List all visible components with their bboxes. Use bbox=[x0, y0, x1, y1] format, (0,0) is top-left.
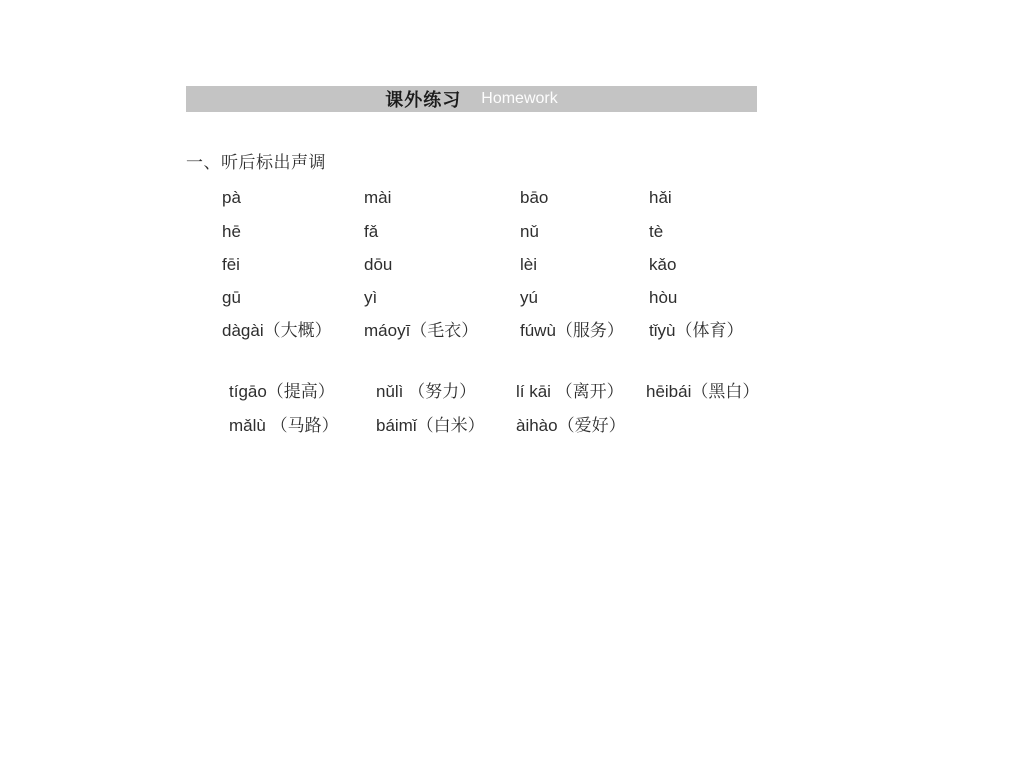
pinyin-word-item: dàgài（大概） bbox=[222, 321, 332, 341]
pinyin-word-row-2: tígāo（提高） nǔlì （努力） lí kāi （离开） hēibái（黑… bbox=[0, 382, 1024, 404]
pinyin-item: fēi bbox=[222, 255, 240, 275]
pinyin-word-item: tǐyù（体育） bbox=[649, 321, 743, 341]
pinyin-item: mài bbox=[364, 188, 391, 208]
pinyin-row-3: fēi dōu lèi kǎo bbox=[0, 255, 1024, 277]
pinyin-word-item: àihào（爱好） bbox=[516, 416, 626, 436]
header-bar: 课外练习 Homework bbox=[186, 86, 757, 112]
pinyin-word-item: lí kāi （离开） bbox=[516, 382, 624, 402]
pinyin-row-1: pà mài bāo hǎi bbox=[0, 188, 1024, 210]
header-title-en: Homework bbox=[481, 90, 557, 108]
pinyin-word-item: máoyī（毛衣） bbox=[364, 321, 478, 341]
pinyin-row-4: gū yì yú hòu bbox=[0, 288, 1024, 310]
pinyin-item: nǔ bbox=[520, 222, 539, 242]
pinyin-item: yú bbox=[520, 288, 538, 308]
pinyin-item: bāo bbox=[520, 188, 548, 208]
pinyin-word-item: tígāo（提高） bbox=[229, 382, 335, 402]
pinyin-item: yì bbox=[364, 288, 377, 308]
pinyin-word-item: báimǐ（白米） bbox=[376, 416, 485, 436]
pinyin-item: dōu bbox=[364, 255, 392, 275]
pinyin-item: hǎi bbox=[649, 188, 672, 208]
worksheet-page: 课外练习 Homework 一、听后标出声调 pà mài bāo hǎi hē… bbox=[0, 0, 1024, 768]
pinyin-item: hòu bbox=[649, 288, 677, 308]
pinyin-word-item: fúwù（服务） bbox=[520, 321, 624, 341]
pinyin-word-row-1: dàgài（大概） máoyī（毛衣） fúwù（服务） tǐyù（体育） bbox=[0, 321, 1024, 343]
section-heading: 一、听后标出声调 bbox=[186, 148, 326, 173]
pinyin-word-row-3: mǎlù （马路） báimǐ（白米） àihào（爱好） bbox=[0, 416, 1024, 438]
pinyin-word-item: nǔlì （努力） bbox=[376, 382, 476, 402]
pinyin-word-item: hēibái（黑白） bbox=[646, 382, 759, 402]
pinyin-item: hē bbox=[222, 222, 241, 242]
pinyin-word-item: mǎlù （马路） bbox=[229, 416, 339, 436]
pinyin-row-2: hē fǎ nǔ tè bbox=[0, 222, 1024, 244]
pinyin-item: tè bbox=[649, 222, 663, 242]
pinyin-item: kǎo bbox=[649, 255, 676, 275]
pinyin-item: fǎ bbox=[364, 222, 378, 242]
pinyin-item: lèi bbox=[520, 255, 537, 275]
pinyin-item: gū bbox=[222, 288, 241, 308]
pinyin-item: pà bbox=[222, 188, 241, 208]
header-title-zh: 课外练习 bbox=[385, 86, 461, 112]
